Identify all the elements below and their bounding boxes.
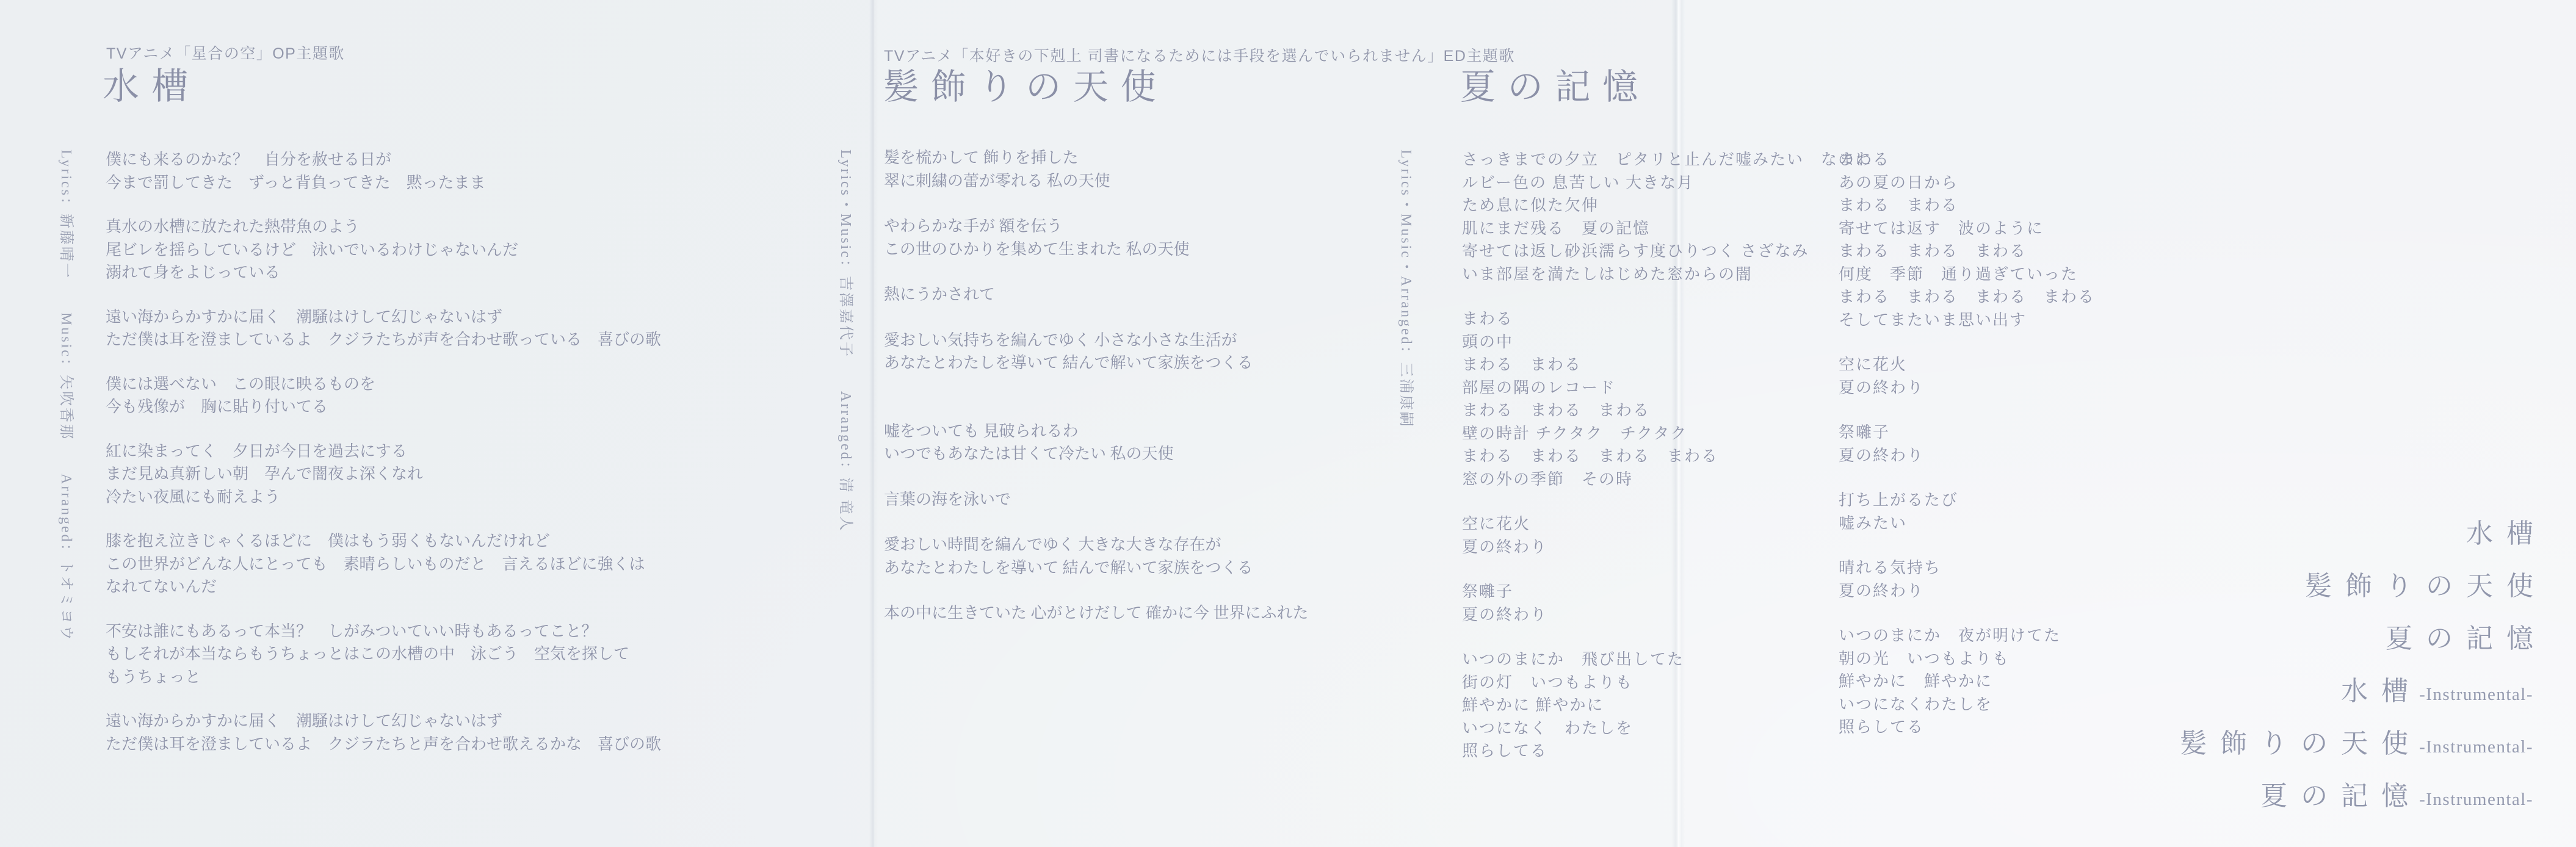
- lyric-line: 愛おしい気持ちを編んでゆく 小さな小さな生活が: [884, 329, 1309, 352]
- lyric-line: 部屋の隅のレコード: [1462, 377, 1872, 400]
- lyric-line: 夏の終わり: [1839, 444, 2095, 467]
- stanza: いつのまにか 飛び出してた街の灯 いつもよりも鮮やかに 鮮やかにいつになく わた…: [1462, 648, 1872, 763]
- lyric-line: 照らしてる: [1839, 716, 2095, 739]
- lyric-line: 晴れる気持ち: [1839, 557, 2095, 580]
- booklet-spread: TVアニメ「星合の空」OP主題歌 水槽 Lyrics：新藤晴一 Music：矢吹…: [0, 0, 2576, 847]
- lyric-line: 冷たい夜風にも耐えよう: [106, 486, 661, 509]
- tracklist-item: 髪飾りの天使-Instrumental-: [2180, 718, 2533, 770]
- tracklist-item: 髪飾りの天使: [2180, 560, 2533, 613]
- lyric-line: あなたとわたしを導いて 結んで解いて家族をつくる: [884, 351, 1309, 375]
- lyric-line: 嘘みたい: [1839, 512, 2095, 535]
- lyric-line: 鮮やかに 鮮やかに: [1462, 694, 1872, 717]
- stanza: 僕にも来るのかな？ 自分を赦せる日が今まで罰してきた ずっと背負ってきた 黙った…: [106, 148, 661, 194]
- lyric-line: 祭囃子: [1462, 580, 1872, 604]
- tracklist-item: 水槽: [2180, 508, 2533, 560]
- song2-title: 髪飾りの天使: [883, 70, 1168, 105]
- lyric-line: やわらかな手が 額を伝う: [884, 215, 1309, 238]
- lyric-line: 寄せては返し砂浜濡らす度ひりつく さざなみ: [1462, 240, 1872, 263]
- lyric-line: 祭囃子: [1839, 421, 2095, 444]
- lyric-line: いつのまにか 飛び出してた: [1462, 648, 1872, 671]
- stanza: 本の中に生きていた 心がとけだして 確かに今 世界にふれた: [884, 602, 1309, 625]
- stanza: 愛おしい時間を編んでゆく 大きな大きな存在があなたとわたしを導いて 結んで解いて…: [884, 533, 1309, 579]
- lyric-line: いつのまにか 夜が明けてた: [1839, 624, 2095, 647]
- lyric-line: ため息に似た欠伸: [1462, 194, 1872, 217]
- stanza: 遠い海からかすかに届く 潮騒はけして幻じゃないはずただ僕は耳を澄ましているよ ク…: [106, 306, 661, 351]
- track-title: 水槽: [2466, 519, 2547, 549]
- stanza: 空に花火夏の終わり: [1839, 353, 2095, 399]
- lyric-line: まわる まわる: [1839, 194, 2095, 217]
- stanza: 空に花火夏の終わり: [1462, 513, 1872, 558]
- tracklist-item: 水槽-Instrumental-: [2180, 665, 2533, 718]
- song3-lyrics-column2: まわるあの夏の日からまわる まわる寄せては返す 波のようにまわる まわる まわる…: [1839, 148, 2095, 761]
- track-suffix-instrumental: -Instrumental-: [2419, 790, 2533, 809]
- tracklist: 水槽髪飾りの天使夏の記憶水槽-Instrumental-髪飾りの天使-Instr…: [2180, 508, 2533, 823]
- lyric-line: まわる: [1839, 148, 2095, 171]
- track-suffix-instrumental: -Instrumental-: [2419, 685, 2533, 704]
- lyric-line: 熱にうかされて: [884, 283, 1309, 306]
- lyric-line: ルビー色の 息苦しい 大きな月: [1462, 171, 1872, 195]
- lyric-line: 街の灯 いつもよりも: [1462, 671, 1872, 694]
- song1-lyrics: 僕にも来るのかな？ 自分を赦せる日が今まで罰してきた ずっと背負ってきた 黙った…: [106, 148, 661, 777]
- track-title: 髪飾りの天使: [2305, 571, 2547, 601]
- song3-lyrics-column1: さっきまでの夕立 ピタリと止んだ嘘みたい なのにルビー色の 息苦しい 大きな月た…: [1462, 148, 1872, 785]
- track-title: 夏の記憶: [2260, 781, 2422, 811]
- lyric-line: もしそれが本当ならもうちょっとはこの水槽の中 泳ごう 空気を探して: [106, 643, 661, 666]
- lyric-line: 夏の終わり: [1462, 536, 1872, 559]
- stanza: やわらかな手が 額を伝うこの世のひかりを集めて生まれた 私の天使: [884, 215, 1309, 261]
- stanza: 真水の水槽に放たれた熱帯魚のよう尾ビレを揺らしているけど 泳いでいるわけじゃない…: [106, 215, 661, 284]
- stanza: 愛おしい気持ちを編んでゆく 小さな小さな生活があなたとわたしを導いて 結んで解い…: [884, 329, 1309, 375]
- song2-anime-tiein-header: TVアニメ「本好きの下剋上 司書になるためには手段を選んでいられません」ED主題…: [884, 44, 1515, 66]
- lyric-line: ただ僕は耳を澄ましているよ クジラたちと声を合わせ歌えるかな 喜びの歌: [106, 733, 661, 756]
- stanza: 嘘をついても 見破られるわいつでもあなたは甘くて冷たい 私の天使: [884, 420, 1309, 466]
- lyric-line: まわる まわる: [1462, 353, 1872, 377]
- lyric-line: 頭の中: [1462, 331, 1872, 354]
- lyric-line: 言葉の海を泳いで: [884, 488, 1309, 511]
- lyric-line: もうちょっと: [106, 666, 661, 689]
- fold-crease-left: [869, 0, 878, 847]
- lyric-line: 朝の光 いつもよりも: [1839, 647, 2095, 671]
- lyric-line: 夏の終わり: [1462, 604, 1872, 627]
- stanza: 不安は誰にもあるって本当？ しがみついていい時もあるってこと？もしそれが本当なら…: [106, 620, 661, 689]
- lyric-line: まわる まわる まわる: [1839, 240, 2095, 263]
- lyric-line: 窓の外の季節 その時: [1462, 468, 1872, 491]
- lyric-line: 尾ビレを揺らしているけど 泳いでいるわけじゃないんだ: [106, 239, 661, 262]
- lyric-line: いつでもあなたは甘くて冷たい 私の天使: [884, 442, 1309, 466]
- lyric-line: まわる: [1462, 308, 1872, 331]
- stanza: 僕には選べない この眼に映るものを今も残像が 胸に貼り付いてる: [106, 373, 661, 419]
- lyric-line: まだ見ぬ真新しい朝 孕んで闇夜よ深くなれ: [106, 463, 661, 486]
- lyric-line: 不安は誰にもあるって本当？ しがみついていい時もあるってこと？: [106, 620, 661, 643]
- track-suffix-instrumental: -Instrumental-: [2419, 737, 2533, 757]
- track-title: 水槽: [2341, 676, 2422, 706]
- lyric-line: いつになく わたしを: [1462, 717, 1872, 740]
- stanza: 晴れる気持ち夏の終わり: [1839, 557, 2095, 602]
- lyric-line: あの夏の日から: [1839, 171, 2095, 195]
- lyric-line: 空に花火: [1839, 353, 2095, 377]
- lyric-line: 本の中に生きていた 心がとけだして 確かに今 世界にふれた: [884, 602, 1309, 625]
- lyric-line: あなたとわたしを導いて 結んで解いて家族をつくる: [884, 557, 1309, 580]
- stanza: 髪を梳かして 飾りを挿した翠に刺繍の蕾が零れる 私の天使: [884, 146, 1309, 192]
- track-title: 夏の記憶: [2386, 624, 2547, 654]
- stanza: 遠い海からかすかに届く 潮騒はけして幻じゃないはずただ僕は耳を澄ましているよ ク…: [106, 710, 661, 755]
- stanza: 紅に染まってく 夕日が今日を過去にするまだ見ぬ真新しい朝 孕んで闇夜よ深くなれ冷…: [106, 440, 661, 509]
- lyric-line: 膝を抱え泣きじゃくるほどに 僕はもう弱くもないんだけれど: [106, 530, 661, 553]
- lyric-line: 今まで罰してきた ずっと背負ってきた 黙ったまま: [106, 171, 661, 195]
- lyric-line: 何度 季節 通り過ぎていった: [1839, 263, 2095, 286]
- lyric-line: 鮮やかに 鮮やかに: [1839, 670, 2095, 693]
- stanza: 祭囃子夏の終わり: [1462, 580, 1872, 626]
- lyric-line: この世界がどんな人にとっても 素晴らしいものだと 言えるほどに強くは: [106, 553, 661, 576]
- stanza: 打ち上がるたび嘘みたい: [1839, 489, 2095, 535]
- lyric-line: いま部屋を満たしはじめた窓からの闇: [1462, 263, 1872, 286]
- song2-lyrics: 髪を梳かして 飾りを挿した翠に刺繍の蕾が零れる 私の天使やわらかな手が 額を伝う…: [884, 146, 1309, 647]
- lyric-line: 遠い海からかすかに届く 潮騒はけして幻じゃないはず: [106, 710, 661, 733]
- lyric-line: 僕にも来るのかな？ 自分を赦せる日が: [106, 148, 661, 171]
- lyric-line: 寄せては返す 波のように: [1839, 217, 2095, 240]
- lyric-line: 空に花火: [1462, 513, 1872, 536]
- lyric-line: なれてないんだ: [106, 575, 661, 599]
- lyric-line: いつになくわたしを: [1839, 693, 2095, 716]
- stanza: いつのまにか 夜が明けてた朝の光 いつもよりも鮮やかに 鮮やかにいつになくわたし…: [1839, 624, 2095, 739]
- song1-credits: Lyrics：新藤晴一 Music：矢吹香那 Arranged：トオミヨウ: [57, 150, 74, 642]
- lyric-line: 翠に刺繍の蕾が零れる 私の天使: [884, 170, 1309, 193]
- song3-credits: Lyrics・Music・Arranged：三浦康嗣: [1397, 150, 1414, 428]
- stanza: さっきまでの夕立 ピタリと止んだ嘘みたい なのにルビー色の 息苦しい 大きな月た…: [1462, 148, 1872, 286]
- song1-title: 水槽: [103, 68, 201, 105]
- lyric-line: 照らしてる: [1462, 740, 1872, 763]
- lyric-line: 髪を梳かして 飾りを挿した: [884, 146, 1309, 170]
- tracklist-item: 夏の記憶: [2180, 613, 2533, 665]
- stanza: まわる頭の中まわる まわる部屋の隅のレコードまわる まわる まわる壁の時計 チク…: [1462, 308, 1872, 491]
- song1-anime-tiein-header: TVアニメ「星合の空」OP主題歌: [106, 41, 345, 63]
- song2-credits: Lyrics・Music：吉澤嘉代子 Arranged：清 竜人: [837, 150, 854, 533]
- lyric-line: まわる まわる まわる まわる: [1462, 445, 1872, 468]
- lyric-line: 溺れて身をよじっている: [106, 261, 661, 284]
- lyric-line: 夏の終わり: [1839, 377, 2095, 400]
- lyric-line: 今も残像が 胸に貼り付いてる: [106, 395, 661, 419]
- lyric-line: 打ち上がるたび: [1839, 489, 2095, 512]
- stanza: 膝を抱え泣きじゃくるほどに 僕はもう弱くもないんだけれどこの世界がどんな人にとっ…: [106, 530, 661, 599]
- lyric-line: まわる まわる まわる: [1462, 399, 1872, 422]
- stanza: まわるあの夏の日からまわる まわる寄せては返す 波のようにまわる まわる まわる…: [1839, 148, 2095, 331]
- lyric-line: 嘘をついても 見破られるわ: [884, 420, 1309, 443]
- lyric-line: 真水の水槽に放たれた熱帯魚のよう: [106, 215, 661, 239]
- lyric-line: この世のひかりを集めて生まれた 私の天使: [884, 238, 1309, 261]
- lyric-line: さっきまでの夕立 ピタリと止んだ嘘みたい なのに: [1462, 148, 1872, 171]
- lyric-line: 僕には選べない この眼に映るものを: [106, 373, 661, 396]
- song3-title: 夏の記憶: [1460, 70, 1650, 105]
- lyric-line: 夏の終わり: [1839, 580, 2095, 603]
- lyric-line: 肌にまだ残る 夏の記憶: [1462, 217, 1872, 240]
- stanza: 祭囃子夏の終わり: [1839, 421, 2095, 467]
- lyric-line: 壁の時計 チクタク チクタク: [1462, 422, 1872, 445]
- tracklist-item: 夏の記憶-Instrumental-: [2180, 770, 2533, 823]
- lyric-line: まわる まわる まわる まわる: [1839, 286, 2095, 309]
- lyric-line: 愛おしい時間を編んでゆく 大きな大きな存在が: [884, 533, 1309, 557]
- lyric-line: そしてまたいま思い出す: [1839, 309, 2095, 332]
- stanza: 熱にうかされて: [884, 283, 1309, 306]
- lyric-line: ただ僕は耳を澄ましているよ クジラたちが声を合わせ歌っている 喜びの歌: [106, 328, 661, 351]
- lyric-line: 遠い海からかすかに届く 潮騒はけして幻じゃないはず: [106, 306, 661, 329]
- lyric-line: 紅に染まってく 夕日が今日を過去にする: [106, 440, 661, 463]
- stanza: 言葉の海を泳いで: [884, 488, 1309, 511]
- track-title: 髪飾りの天使: [2180, 729, 2422, 759]
